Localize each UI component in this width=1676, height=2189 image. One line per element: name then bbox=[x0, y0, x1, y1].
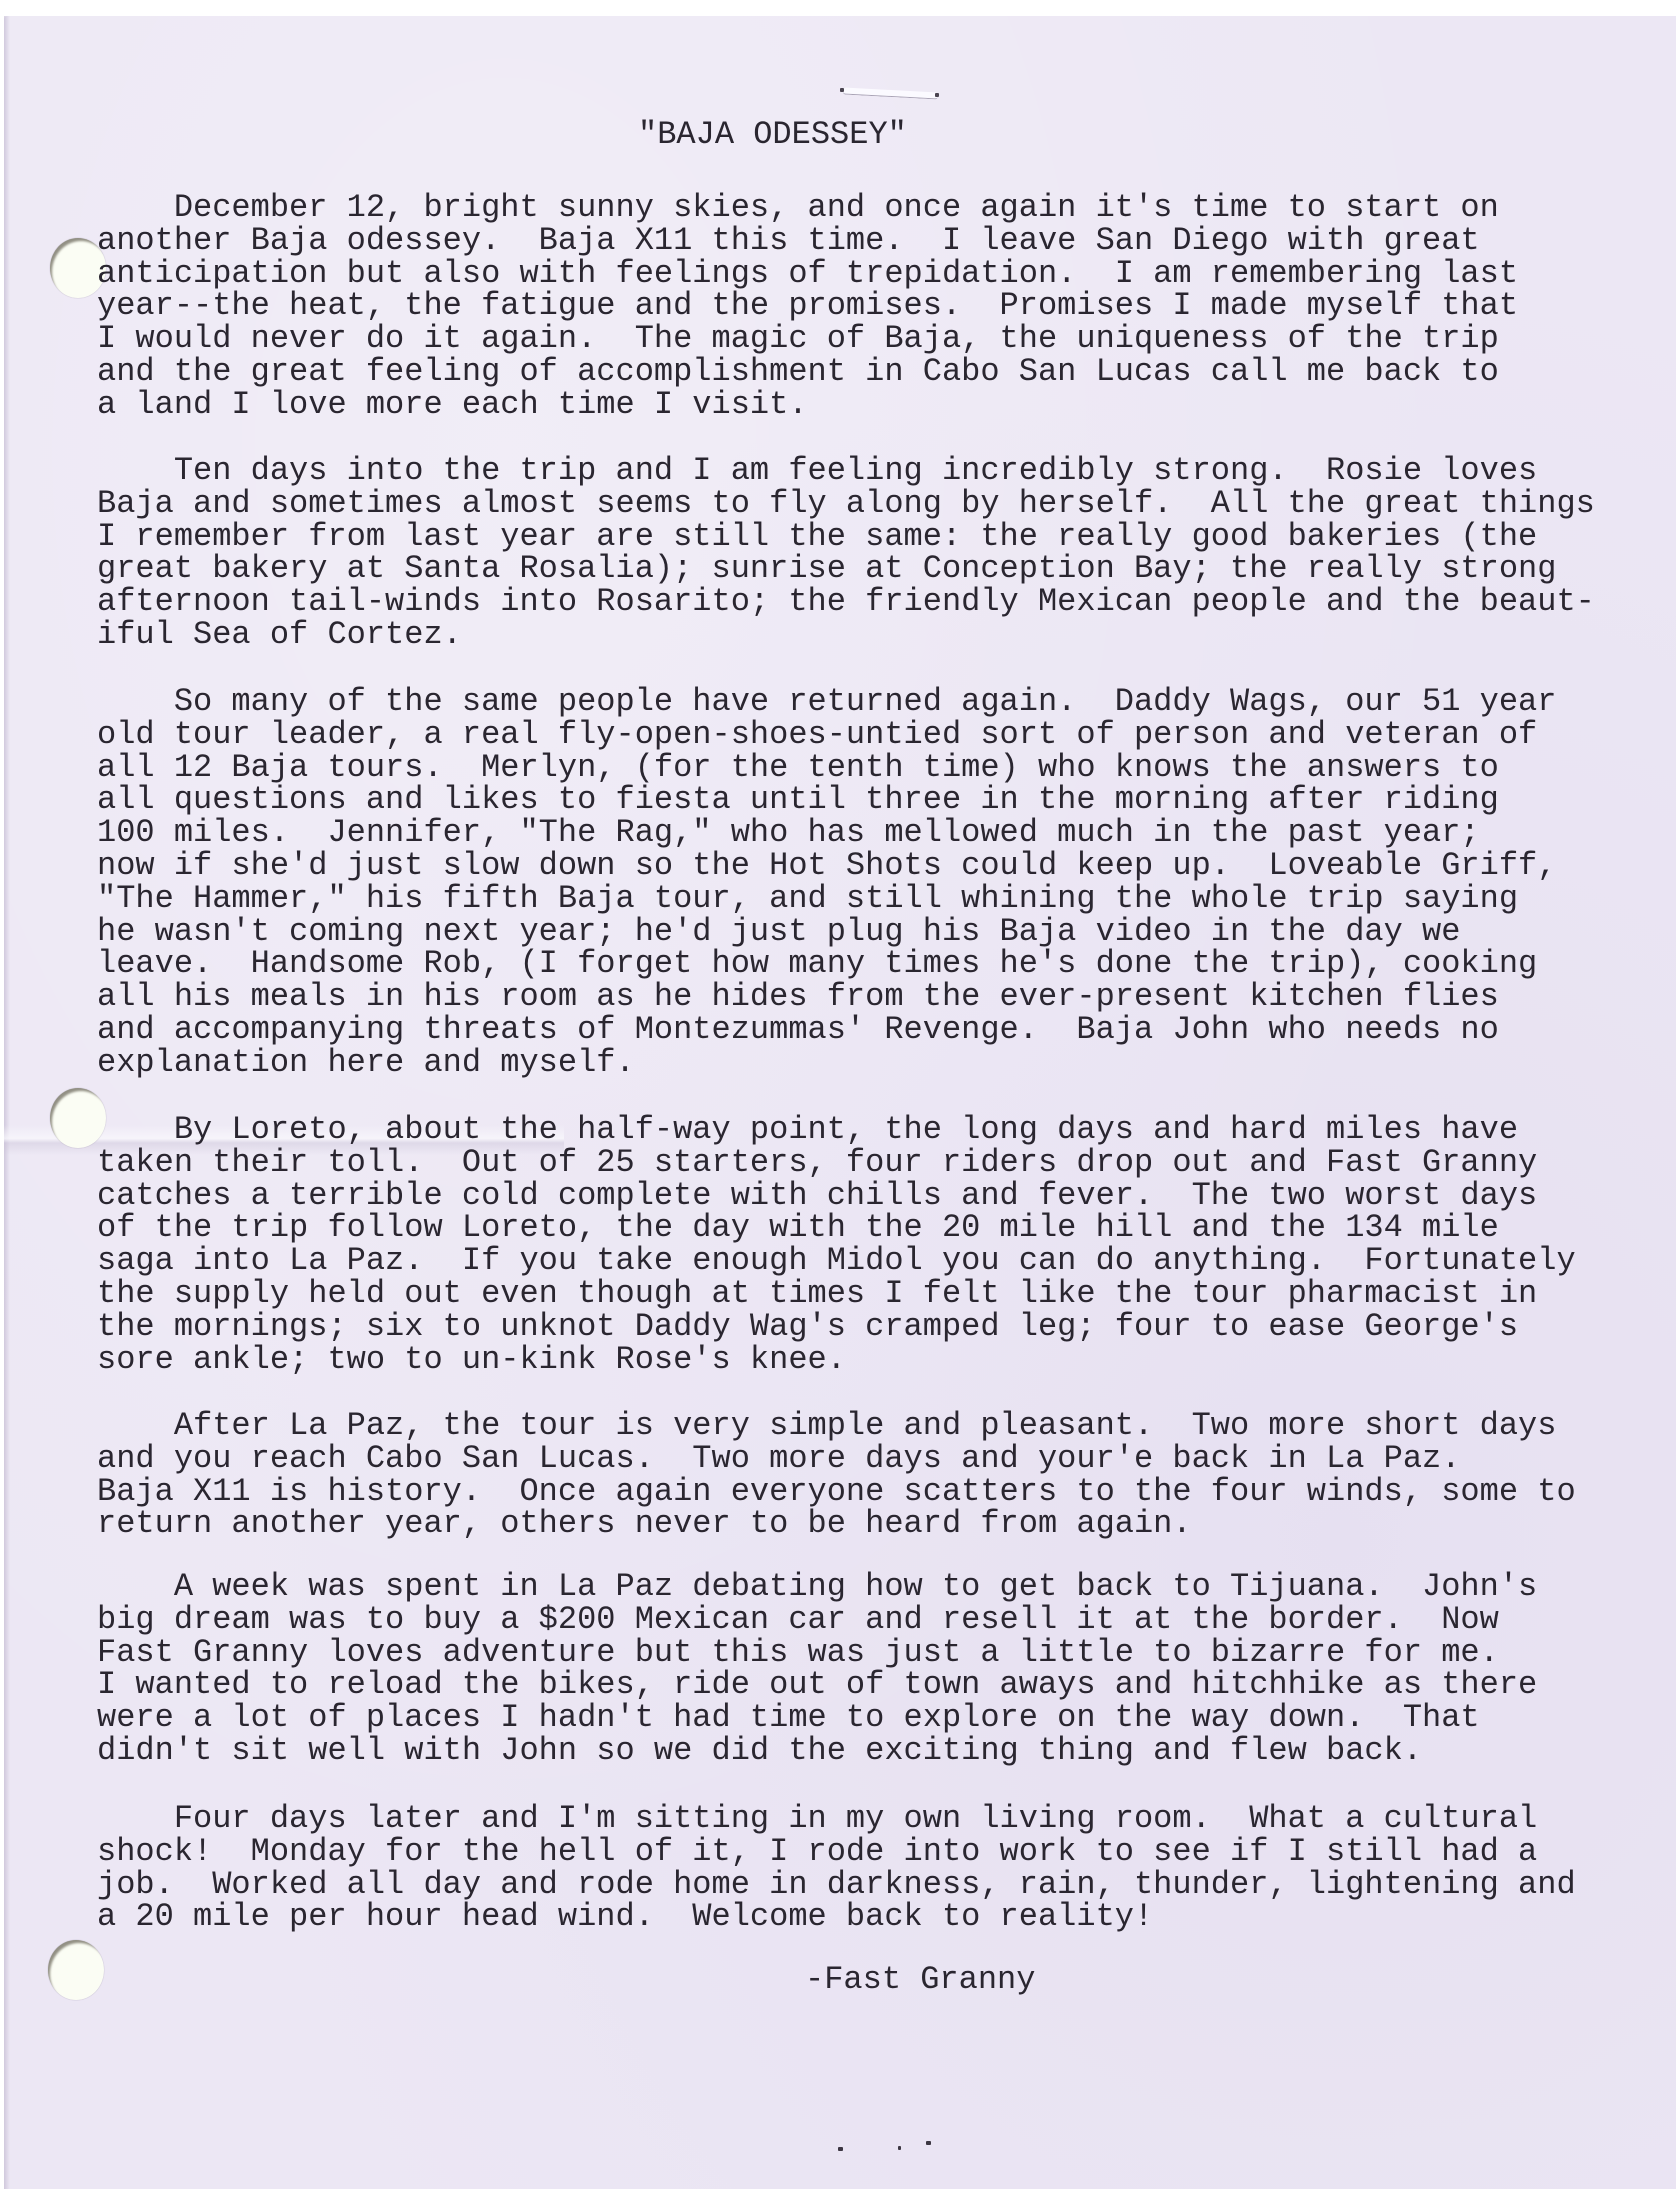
text-line: shock! Monday for the hell of it, I rode… bbox=[97, 1836, 1576, 1869]
text-line: all questions and likes to fiesta until … bbox=[97, 784, 1556, 817]
text-line: job. Worked all day and rode home in dar… bbox=[97, 1869, 1576, 1902]
text-line: a land I love more each time I visit. bbox=[97, 389, 1518, 422]
text-line: and the great feeling of accomplishment … bbox=[97, 356, 1518, 389]
text-line: I remember from last year are still the … bbox=[97, 521, 1595, 554]
text-line: explanation here and myself. bbox=[97, 1047, 1556, 1080]
text-line: of the trip follow Loreto, the day with … bbox=[97, 1212, 1576, 1245]
text-line: Baja and sometimes almost seems to fly a… bbox=[97, 488, 1595, 521]
paragraph-1: December 12, bright sunny skies, and onc… bbox=[97, 192, 1518, 422]
staple-pin-right bbox=[935, 93, 939, 97]
text-line: December 12, bright sunny skies, and onc… bbox=[97, 192, 1518, 225]
text-line: the supply held out even though at times… bbox=[97, 1278, 1576, 1311]
text-line: year--the heat, the fatigue and the prom… bbox=[97, 290, 1518, 323]
text-line: A week was spent in La Paz debating how … bbox=[97, 1571, 1537, 1604]
paragraph-7: Four days later and I'm sitting in my ow… bbox=[97, 1803, 1576, 1934]
text-line: "The Hammer," his fifth Baja tour, and s… bbox=[97, 883, 1556, 916]
text-line: sore ankle; two to un-kink Rose's knee. bbox=[97, 1344, 1576, 1377]
text-line: I wanted to reload the bikes, ride out o… bbox=[97, 1669, 1537, 1702]
text-line: catches a terrible cold complete with ch… bbox=[97, 1180, 1576, 1213]
text-line: old tour leader, a real fly-open-shoes-u… bbox=[97, 719, 1556, 752]
text-line: Four days later and I'm sitting in my ow… bbox=[97, 1803, 1576, 1836]
text-line: Ten days into the trip and I am feeling … bbox=[97, 455, 1595, 488]
text-line: and you reach Cabo San Lucas. Two more d… bbox=[97, 1443, 1576, 1476]
text-line: now if she'd just slow down so the Hot S… bbox=[97, 850, 1556, 883]
paragraph-6: A week was spent in La Paz debating how … bbox=[97, 1571, 1537, 1768]
document-title: "BAJA ODESSEY" bbox=[638, 119, 907, 152]
paragraph-2: Ten days into the trip and I am feeling … bbox=[97, 455, 1595, 652]
text-line: taken their toll. Out of 25 starters, fo… bbox=[97, 1147, 1576, 1180]
signature: -Fast Granny bbox=[805, 1964, 1035, 1997]
text-line: So many of the same people have returned… bbox=[97, 686, 1556, 719]
text-line: the mornings; six to unknot Daddy Wag's … bbox=[97, 1311, 1576, 1344]
text-line: afternoon tail-winds into Rosarito; the … bbox=[97, 586, 1595, 619]
text-line: 100 miles. Jennifer, "The Rag," who has … bbox=[97, 817, 1556, 850]
text-line: saga into La Paz. If you take enough Mid… bbox=[97, 1245, 1576, 1278]
paragraph-4: By Loreto, about the half-way point, the… bbox=[97, 1114, 1576, 1376]
text-line: and accompanying threats of Montezummas'… bbox=[97, 1014, 1556, 1047]
staple-mark-bottom-1 bbox=[838, 2147, 843, 2151]
text-line: iful Sea of Cortez. bbox=[97, 619, 1595, 652]
paper-edge-shadow bbox=[4, 16, 10, 2189]
text-line: leave. Handsome Rob, (I forget how many … bbox=[97, 948, 1556, 981]
text-line: great bakery at Santa Rosalia); sunrise … bbox=[97, 553, 1595, 586]
text-line: all his meals in his room as he hides fr… bbox=[97, 981, 1556, 1014]
staple-pin-left bbox=[840, 88, 844, 92]
text-line: I would never do it again. The magic of … bbox=[97, 323, 1518, 356]
text-line: a 20 mile per hour head wind. Welcome ba… bbox=[97, 1901, 1576, 1934]
text-line: Baja X11 is history. Once again everyone… bbox=[97, 1476, 1576, 1509]
text-line: didn't sit well with John so we did the … bbox=[97, 1735, 1537, 1768]
punch-hole-bottom bbox=[48, 1940, 104, 2000]
paragraph-5: After La Paz, the tour is very simple an… bbox=[97, 1410, 1576, 1541]
text-line: all 12 Baja tours. Merlyn, (for the tent… bbox=[97, 752, 1556, 785]
text-line: After La Paz, the tour is very simple an… bbox=[97, 1410, 1576, 1443]
text-line: he wasn't coming next year; he'd just pl… bbox=[97, 916, 1556, 949]
staple-mark-bottom-3 bbox=[926, 2141, 931, 2145]
paragraph-3: So many of the same people have returned… bbox=[97, 686, 1556, 1080]
text-line: anticipation but also with feelings of t… bbox=[97, 258, 1518, 291]
text-line: big dream was to buy a $200 Mexican car … bbox=[97, 1604, 1537, 1637]
staple-mark-bottom-2 bbox=[898, 2146, 901, 2150]
text-line: another Baja odessey. Baja X11 this time… bbox=[97, 225, 1518, 258]
text-line: return another year, others never to be … bbox=[97, 1508, 1576, 1541]
text-line: By Loreto, about the half-way point, the… bbox=[97, 1114, 1576, 1147]
text-line: Fast Granny loves adventure but this was… bbox=[97, 1637, 1537, 1670]
text-line: were a lot of places I hadn't had time t… bbox=[97, 1702, 1537, 1735]
